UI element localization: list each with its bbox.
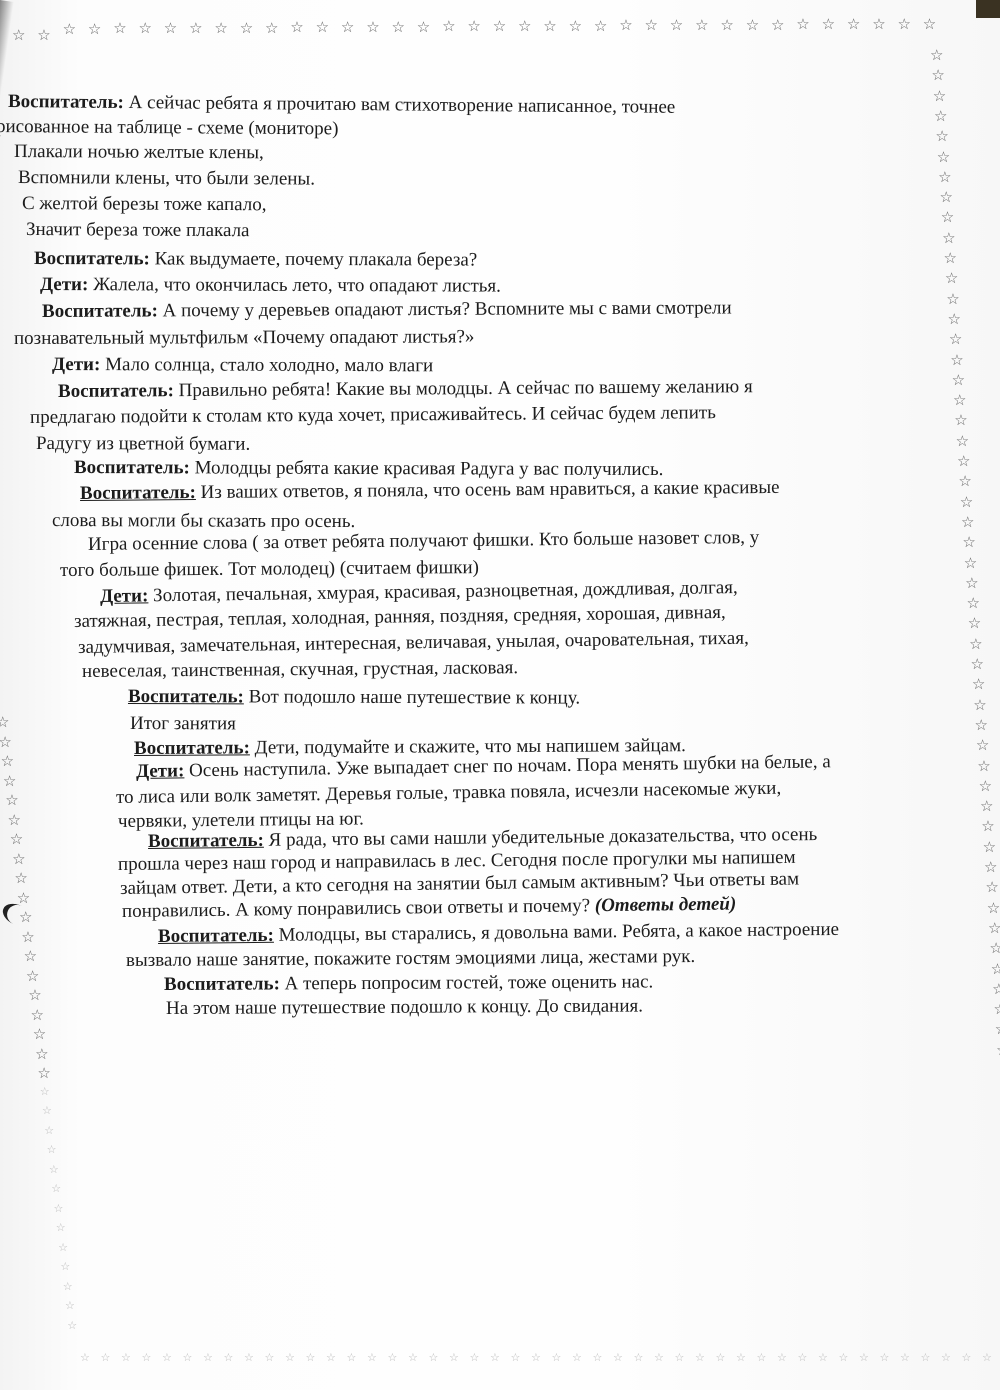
- star-outline-icon: ☆: [44, 1125, 54, 1136]
- star-outline-icon: ☆: [54, 1203, 64, 1214]
- line-text: понравились. А кому понравились свои отв…: [122, 895, 595, 922]
- star-outline-icon: ☆: [24, 949, 37, 964]
- star-outline-icon: ☆: [40, 1086, 50, 1097]
- star-outline-icon: ☆: [63, 22, 76, 37]
- text-line: Плакали ночью желтые клены,: [14, 140, 264, 166]
- star-outline-icon: ☆: [316, 20, 329, 35]
- line-text: Как выдумаете, почему плакала береза?: [150, 248, 477, 270]
- star-outline-icon: ☆: [613, 1352, 623, 1363]
- star-outline-icon: ☆: [31, 1008, 44, 1023]
- line-text: Вот подошло наше путешествие к концу.: [244, 686, 580, 708]
- star-outline-icon: ☆: [941, 1352, 951, 1363]
- star-outline-icon: ☆: [935, 129, 948, 144]
- dialogue-line: Воспитатель: Правильно ребята! Какие вы …: [58, 375, 753, 404]
- star-outline-icon: ☆: [518, 19, 531, 34]
- star-outline-icon: ☆: [35, 1047, 48, 1062]
- line-text: А теперь попросим гостей, тоже оценить н…: [280, 971, 653, 994]
- star-outline-icon: ☆: [968, 616, 981, 631]
- star-outline-icon: ☆: [467, 19, 480, 34]
- dialogue-line: Дети: Мало солнца, стало холодно, мало в…: [52, 353, 433, 379]
- star-outline-icon: ☆: [979, 779, 992, 794]
- star-outline-icon: ☆: [900, 1352, 910, 1363]
- star-outline-icon: ☆: [695, 18, 708, 33]
- star-outline-icon: ☆: [12, 852, 25, 867]
- scanned-page: ☆☆☆☆☆☆☆☆☆☆☆☆☆☆☆☆☆☆☆☆☆☆☆☆☆☆☆☆☆☆☆☆☆☆☆☆☆☆☆☆…: [0, 0, 1000, 1390]
- star-outline-icon: ☆: [822, 17, 835, 32]
- star-outline-icon: ☆: [949, 332, 962, 347]
- text-line: невеселая, таинственная, скучная, грустн…: [82, 656, 518, 684]
- star-outline-icon: ☆: [777, 1352, 787, 1363]
- star-outline-icon: ☆: [964, 556, 977, 571]
- star-outline-icon: ☆: [746, 18, 759, 33]
- star-outline-icon: ☆: [42, 1105, 52, 1116]
- star-outline-icon: ☆: [367, 1352, 377, 1363]
- star-outline-icon: ☆: [224, 1352, 234, 1363]
- star-outline-icon: ☆: [934, 109, 947, 124]
- line-text: познавательный мультфильм «Почему опадаю…: [14, 326, 474, 349]
- star-outline-icon: ☆: [285, 1352, 295, 1363]
- speaker-label: Воспитатель:: [128, 686, 244, 707]
- star-outline-icon: ☆: [162, 1352, 172, 1363]
- star-outline-icon: ☆: [952, 373, 965, 388]
- star-outline-icon: ☆: [996, 1043, 1000, 1058]
- star-outline-icon: ☆: [670, 18, 683, 33]
- speaker-label: Воспитатель:: [58, 380, 174, 402]
- dialogue-line: Воспитатель: Как выдумаете, почему плака…: [34, 247, 477, 273]
- text-line: вызвало наше занятие, покажите гостям эм…: [126, 945, 695, 973]
- star-outline-icon: ☆: [113, 21, 126, 36]
- star-outline-icon: ☆: [975, 718, 988, 733]
- star-outline-icon: ☆: [960, 495, 973, 510]
- speaker-label: Воспитатель:: [34, 248, 150, 269]
- star-outline-icon: ☆: [10, 832, 23, 847]
- speaker-label: Воспитатель:: [8, 91, 124, 113]
- star-outline-icon: ☆: [654, 1352, 664, 1363]
- star-outline-icon: ☆: [818, 1352, 828, 1363]
- star-outline-icon: ☆: [958, 474, 971, 489]
- star-outline-icon: ☆: [56, 1222, 66, 1233]
- star-outline-icon: ☆: [543, 19, 556, 34]
- star-outline-icon: ☆: [28, 988, 41, 1003]
- text-line: С желтой березы тоже капало,: [22, 192, 267, 218]
- star-outline-icon: ☆: [139, 21, 152, 36]
- star-outline-icon: ☆: [51, 1183, 61, 1194]
- star-outline-icon: ☆: [771, 18, 784, 33]
- star-outline-icon: ☆: [957, 454, 970, 469]
- star-outline-icon: ☆: [937, 150, 950, 165]
- star-outline-icon: ☆: [8, 813, 21, 828]
- star-outline-icon: ☆: [961, 515, 974, 530]
- star-outline-icon: ☆: [971, 657, 984, 672]
- star-outline-icon: ☆: [976, 738, 989, 753]
- star-outline-icon: ☆: [859, 1352, 869, 1363]
- speaker-label: Дети:: [100, 585, 149, 607]
- speaker-label: Воспитатель:: [74, 457, 190, 478]
- star-outline-icon: ☆: [88, 22, 101, 37]
- text-line: предлагаю подойти к столам кто куда хоче…: [30, 401, 716, 430]
- star-outline-icon: ☆: [408, 1352, 418, 1363]
- star-outline-icon: ☆: [244, 1352, 254, 1363]
- star-outline-icon: ☆: [965, 576, 978, 591]
- speaker-label: Воспитатель:: [80, 482, 196, 504]
- star-outline-icon: ☆: [944, 251, 957, 266]
- star-outline-icon: ☆: [720, 18, 733, 33]
- speaker-label: Дети:: [40, 274, 88, 295]
- star-outline-icon: ☆: [982, 1352, 992, 1363]
- star-outline-icon: ☆: [930, 48, 943, 63]
- stage-direction: (Ответы детей): [595, 893, 737, 916]
- star-outline-icon: ☆: [675, 1352, 685, 1363]
- star-outline-icon: ☆: [511, 1352, 521, 1363]
- star-outline-icon: ☆: [531, 1352, 541, 1363]
- star-outline-icon: ☆: [0, 715, 9, 730]
- star-outline-icon: ☆: [26, 969, 39, 984]
- star-outline-icon: ☆: [1, 754, 14, 769]
- star-outline-icon: ☆: [203, 1352, 213, 1363]
- star-outline-icon: ☆: [962, 535, 975, 550]
- star-outline-icon: ☆: [101, 1352, 111, 1363]
- star-outline-icon: ☆: [493, 19, 506, 34]
- star-outline-icon: ☆: [449, 1352, 459, 1363]
- star-outline-icon: ☆: [470, 1352, 480, 1363]
- star-outline-icon: ☆: [989, 941, 1000, 956]
- star-outline-icon: ☆: [49, 1164, 59, 1175]
- line-text: Плакали ночью желтые клены,: [14, 141, 264, 163]
- star-outline-icon: ☆: [33, 1027, 46, 1042]
- star-outline-icon: ☆: [392, 20, 405, 35]
- star-outline-icon: ☆: [189, 21, 202, 36]
- star-outline-icon: ☆: [923, 17, 936, 32]
- star-outline-icon: ☆: [972, 677, 985, 692]
- star-outline-icon: ☆: [945, 271, 958, 286]
- star-outline-icon: ☆: [956, 434, 969, 449]
- line-text: Итог занятия: [130, 713, 236, 734]
- star-outline-icon: ☆: [984, 860, 997, 875]
- star-outline-icon: ☆: [796, 17, 809, 32]
- star-outline-icon: ☆: [17, 891, 30, 906]
- speaker-label: Воспитатель:: [134, 737, 250, 759]
- star-outline-icon: ☆: [757, 1352, 767, 1363]
- line-text: слова вы могли бы сказать про осень.: [52, 510, 355, 532]
- star-outline-icon: ☆: [572, 1352, 582, 1363]
- star-outline-icon: ☆: [953, 393, 966, 408]
- star-outline-icon: ☆: [736, 1352, 746, 1363]
- line-text: того больше фишек. Тот молодец) (считаем…: [60, 557, 479, 581]
- line-text: Мало солнца, стало холодно, мало влаги: [100, 354, 433, 376]
- star-outline-icon: ☆: [946, 292, 959, 307]
- star-outline-icon: ☆: [429, 1352, 439, 1363]
- star-outline-icon: ☆: [966, 596, 979, 611]
- star-outline-icon: ☆: [942, 231, 955, 246]
- star-outline-icon: ☆: [80, 1352, 90, 1363]
- star-outline-icon: ☆: [67, 1320, 77, 1331]
- dialogue-line: Воспитатель: Из ваших ответов, я поняла,…: [80, 476, 780, 507]
- star-outline-icon: ☆: [490, 1352, 500, 1363]
- line-text: Из ваших ответов, я поняла, что осень ва…: [196, 477, 780, 503]
- dialogue-line: Воспитатель: Вот подошло наше путешестви…: [128, 685, 580, 711]
- star-outline-icon: ☆: [954, 413, 967, 428]
- star-outline-icon: ☆: [941, 210, 954, 225]
- star-outline-icon: ☆: [47, 1144, 57, 1155]
- text-line: Радугу из цветной бумаги.: [36, 432, 250, 457]
- dialogue-line: Дети: Жалела, что окончилась лето, что о…: [40, 273, 501, 299]
- text-line: На этом наше путешествие подошло к концу…: [166, 995, 643, 1022]
- star-outline-icon: ☆: [21, 930, 34, 945]
- star-outline-icon: ☆: [991, 962, 1000, 977]
- text-line: Значит береза тоже плакала: [26, 218, 250, 244]
- star-outline-icon: ☆: [969, 637, 982, 652]
- dialogue-line: Воспитатель: А теперь попросим гостей, т…: [164, 970, 653, 997]
- line-text: На этом наше путешествие подошло к концу…: [166, 996, 643, 1019]
- star-outline-icon: ☆: [839, 1352, 849, 1363]
- star-outline-icon: ☆: [326, 1352, 336, 1363]
- star-outline-icon: ☆: [12, 28, 25, 43]
- text-line: познавательный мультфильм «Почему опадаю…: [14, 325, 474, 351]
- star-outline-icon: ☆: [981, 819, 994, 834]
- star-outline-icon: ☆: [634, 1352, 644, 1363]
- star-outline-icon: ☆: [798, 1352, 808, 1363]
- line-text: Правильно ребята! Какие вы молодцы. А се…: [174, 376, 753, 401]
- text-line: того больше фишек. Тот молодец) (считаем…: [60, 556, 479, 583]
- star-outline-icon: ☆: [898, 17, 911, 32]
- star-outline-icon: ☆: [265, 21, 278, 36]
- text-line: рисованное на таблице - схеме (мониторе): [0, 115, 339, 142]
- star-outline-icon: ☆: [3, 774, 16, 789]
- star-outline-icon: ☆: [938, 170, 951, 185]
- star-outline-icon: ☆: [880, 1352, 890, 1363]
- star-outline-icon: ☆: [214, 21, 227, 36]
- star-outline-icon: ☆: [164, 21, 177, 36]
- speaker-label: Воспитатель:: [42, 300, 158, 322]
- star-outline-icon: ☆: [63, 1281, 73, 1292]
- line-text: Вспомнили клены, что были зелены.: [18, 167, 315, 190]
- star-outline-icon: ☆: [619, 18, 632, 33]
- star-outline-icon: ☆: [950, 353, 963, 368]
- line-text: Молодцы, вы старались, я довольна вами. …: [274, 919, 839, 946]
- line-text: С желтой березы тоже капало,: [22, 193, 267, 215]
- speaker-label: Дети:: [136, 760, 185, 782]
- line-text: предлагаю подойти к столам кто куда хоче…: [30, 402, 716, 428]
- star-outline-icon: ☆: [265, 1352, 275, 1363]
- speaker-label: Воспитатель:: [164, 973, 280, 995]
- dialogue-line: Воспитатель: А почему у деревьев опадают…: [42, 296, 732, 324]
- star-outline-icon: ☆: [872, 17, 885, 32]
- line-text: Значит береза тоже плакала: [26, 219, 250, 241]
- star-outline-icon: ☆: [977, 759, 990, 774]
- star-outline-icon: ☆: [58, 1242, 68, 1253]
- star-outline-icon: ☆: [290, 20, 303, 35]
- speaker-label: Воспитатель:: [158, 925, 274, 947]
- star-outline-icon: ☆: [847, 17, 860, 32]
- star-outline-icon: ☆: [388, 1352, 398, 1363]
- star-outline-icon: ☆: [183, 1352, 193, 1363]
- star-outline-icon: ☆: [987, 901, 1000, 916]
- page-corner-shadow: [976, 0, 1000, 18]
- star-outline-icon: ☆: [306, 1352, 316, 1363]
- star-outline-icon: ☆: [695, 1352, 705, 1363]
- star-outline-icon: ☆: [594, 19, 607, 34]
- star-outline-icon: ☆: [995, 1022, 1000, 1037]
- star-outline-icon: ☆: [645, 18, 658, 33]
- star-outline-icon: ☆: [60, 1261, 70, 1272]
- star-outline-icon: ☆: [0, 735, 12, 750]
- star-outline-icon: ☆: [347, 1352, 357, 1363]
- star-outline-icon: ☆: [593, 1352, 603, 1363]
- star-outline-icon: ☆: [985, 880, 998, 895]
- star-outline-icon: ☆: [552, 1352, 562, 1363]
- star-outline-icon: ☆: [14, 871, 27, 886]
- star-outline-icon: ☆: [962, 1352, 972, 1363]
- text-line: Вспомнили клены, что были зелены.: [18, 166, 315, 192]
- line-text: вызвало наше занятие, покажите гостям эм…: [126, 946, 695, 971]
- star-outline-icon: ☆: [983, 840, 996, 855]
- star-outline-icon: ☆: [37, 28, 50, 43]
- star-outline-icon: ☆: [980, 799, 993, 814]
- line-text: Радугу из цветной бумаги.: [36, 433, 250, 455]
- star-outline-icon: ☆: [921, 1352, 931, 1363]
- line-text: А сейчас ребята я прочитаю вам стихотвор…: [124, 92, 676, 118]
- line-text: А почему у деревьев опадают листья? Вспо…: [158, 297, 732, 321]
- line-text: невеселая, таинственная, скучная, грустн…: [82, 657, 518, 682]
- star-outline-icon: ☆: [65, 1300, 75, 1311]
- speaker-label: Воспитатель:: [148, 830, 264, 852]
- speaker-label: Дети:: [52, 354, 100, 375]
- star-outline-icon: ☆: [366, 20, 379, 35]
- star-outline-icon: ☆: [933, 89, 946, 104]
- star-outline-icon: ☆: [341, 20, 354, 35]
- star-outline-icon: ☆: [973, 698, 986, 713]
- star-outline-icon: ☆: [121, 1352, 131, 1363]
- line-text: Жалела, что окончилась лето, что опадают…: [88, 274, 501, 296]
- star-outline-icon: ☆: [142, 1352, 152, 1363]
- star-outline-icon: ☆: [992, 982, 1000, 997]
- star-outline-icon: ☆: [993, 1002, 1000, 1017]
- star-outline-icon: ☆: [240, 21, 253, 36]
- line-text: Игра осенние слова ( за ответ ребята пол…: [88, 527, 759, 555]
- star-outline-icon: ☆: [37, 1066, 50, 1081]
- star-outline-icon: ☆: [417, 20, 430, 35]
- star-outline-icon: ☆: [931, 68, 944, 83]
- star-outline-icon: ☆: [988, 921, 1000, 936]
- line-text: рисованное на таблице - схеме (мониторе): [0, 116, 339, 139]
- star-outline-icon: ☆: [939, 190, 952, 205]
- star-outline-icon: ☆: [5, 793, 18, 808]
- star-outline-icon: ☆: [442, 19, 455, 34]
- star-outline-icon: ☆: [948, 312, 961, 327]
- text-line: Итог занятия: [130, 712, 236, 737]
- star-outline-icon: ☆: [716, 1352, 726, 1363]
- star-outline-icon: ☆: [569, 19, 582, 34]
